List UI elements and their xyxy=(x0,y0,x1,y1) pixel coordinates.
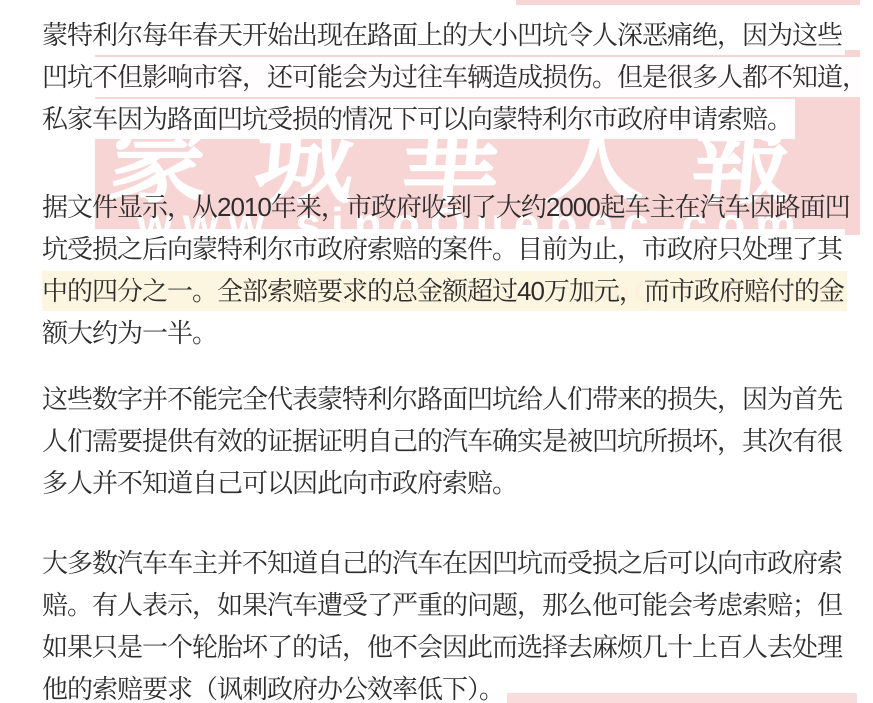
line-text: 这些数字并不能完全代表蒙特利尔路面凹坑给人们带来的损失，因为首先 xyxy=(42,379,845,419)
paragraph-4: 大多数汽车车主并不知道自己的汽车在因凹坑而受损之后可以向市政府索赔。有人表示，如… xyxy=(42,542,873,703)
line-text: 坑受损之后向蒙特利尔市政府索赔的案件。目前为止，市政府只处理了其 xyxy=(42,229,845,269)
paragraph-3-line-1: 这些数字并不能完全代表蒙特利尔路面凹坑给人们带来的损失，因为首先 xyxy=(42,378,873,420)
line-text: 额大约为一半。 xyxy=(42,313,220,353)
line-text: 人们需要提供有效的证据证明自己的汽车确实是被凹坑所损坏，其次有很 xyxy=(42,421,845,461)
paragraph-1-line-1: 蒙特利尔每年春天开始出现在路面上的大小凹坑令人深恶痛绝，因为这些 xyxy=(42,14,873,56)
line-text: 多人并不知道自己可以因此向市政府索赔。 xyxy=(42,463,520,503)
line-text: 中的四分之一。全部索赔要求的总金额超过40万加元，而市政府赔付的金 xyxy=(42,271,847,311)
paragraph-4-line-4: 他的索赔要求（讽刺政府办公效率低下）。 xyxy=(42,668,873,703)
line-text: 据文件显示，从2010年来，市政府收到了大约2000起车主在汽车因路面凹 xyxy=(42,187,853,227)
paragraph-3: 这些数字并不能完全代表蒙特利尔路面凹坑给人们带来的损失，因为首先人们需要提供有效… xyxy=(42,378,873,504)
line-text: 凹坑不但影响市容，还可能会为过往车辆造成损伤。但是很多人都不知道， xyxy=(42,57,870,97)
line-text: 大多数汽车车主并不知道自己的汽车在因凹坑而受损之后可以向市政府索 xyxy=(42,543,845,583)
article: 蒙特利尔每年春天开始出现在路面上的大小凹坑令人深恶痛绝，因为这些凹坑不但影响市容… xyxy=(0,0,873,703)
paragraph-1: 蒙特利尔每年春天开始出现在路面上的大小凹坑令人深恶痛绝，因为这些凹坑不但影响市容… xyxy=(42,14,873,140)
line-text: 如果只是一个轮胎坏了的话，他不会因此而选择去麻烦几十上百人去处理 xyxy=(42,627,845,667)
paragraph-2-line-2: 坑受损之后向蒙特利尔市政府索赔的案件。目前为止，市政府只处理了其 xyxy=(42,228,873,270)
paragraph-1-line-3: 私家车因为路面凹坑受损的情况下可以向蒙特利尔市政府申请索赔。 xyxy=(42,98,873,140)
paragraph-2: 据文件显示，从2010年来，市政府收到了大约2000起车主在汽车因路面凹坑受损之… xyxy=(42,186,873,354)
paragraph-4-line-3: 如果只是一个轮胎坏了的话，他不会因此而选择去麻烦几十上百人去处理 xyxy=(42,626,873,668)
line-text: 他的索赔要求（讽刺政府办公效率低下）。 xyxy=(42,669,507,703)
paragraph-2-line-4: 额大约为一半。 xyxy=(42,312,873,354)
paragraph-2-line-3: 中的四分之一。全部索赔要求的总金额超过40万加元，而市政府赔付的金 xyxy=(42,270,873,312)
article-page: 蒙城華人報 www.sinoQuebec.com www.sinoquebec.… xyxy=(0,0,873,703)
line-text: 蒙特利尔每年春天开始出现在路面上的大小凹坑令人深恶痛绝，因为这些 xyxy=(42,15,845,55)
paragraph-3-line-2: 人们需要提供有效的证据证明自己的汽车确实是被凹坑所损坏，其次有很 xyxy=(42,420,873,462)
paragraph-3-line-3: 多人并不知道自己可以因此向市政府索赔。 xyxy=(42,462,873,504)
paragraph-2-line-1: 据文件显示，从2010年来，市政府收到了大约2000起车主在汽车因路面凹 xyxy=(42,186,873,228)
line-text: 私家车因为路面凹坑受损的情况下可以向蒙特利尔市政府申请索赔。 xyxy=(42,99,795,139)
paragraph-4-line-1: 大多数汽车车主并不知道自己的汽车在因凹坑而受损之后可以向市政府索 xyxy=(42,542,873,584)
paragraph-4-line-2: 赔。有人表示，如果汽车遭受了严重的问题，那么他可能会考虑索赔；但 xyxy=(42,584,873,626)
paragraph-1-line-2: 凹坑不但影响市容，还可能会为过往车辆造成损伤。但是很多人都不知道， xyxy=(42,56,873,98)
line-text: 赔。有人表示，如果汽车遭受了严重的问题，那么他可能会考虑索赔；但 xyxy=(42,585,845,625)
